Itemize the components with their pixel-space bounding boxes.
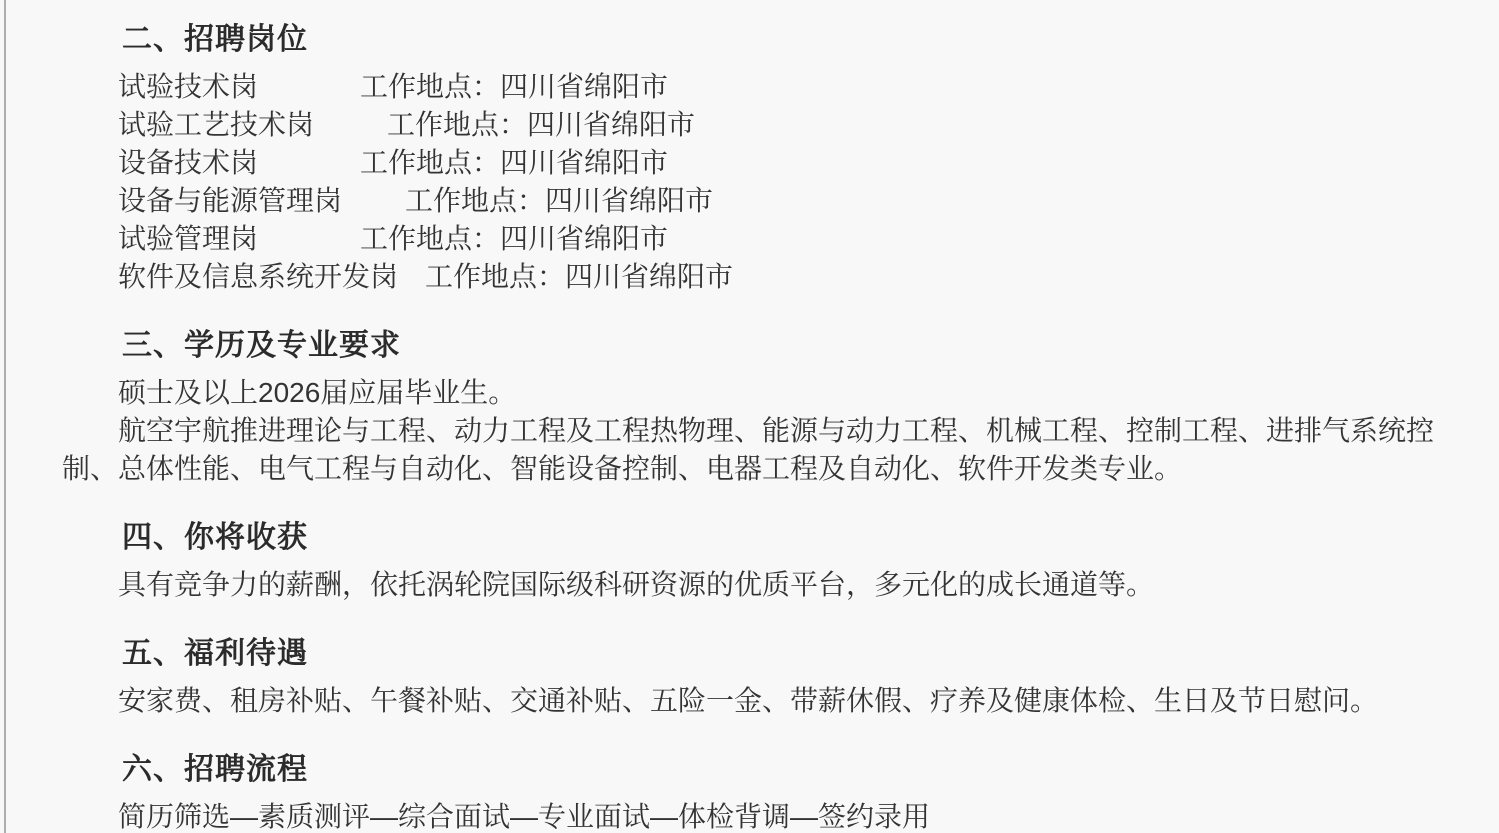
section-positions: 二、招聘岗位 试验技术岗 工作地点：四川省绵阳市 试验工艺技术岗 工作地点：四川… <box>62 18 1449 296</box>
job-location: 工作地点：四川省绵阳市 <box>360 220 668 258</box>
job-title: 试验技术岗 <box>118 68 258 106</box>
job-row: 试验技术岗 工作地点：四川省绵阳市 <box>62 68 1449 106</box>
section-gains-heading: 四、你将收获 <box>62 516 1449 560</box>
job-location: 工作地点：四川省绵阳市 <box>425 258 733 296</box>
job-title: 软件及信息系统开发岗 <box>118 258 398 296</box>
job-title: 设备与能源管理岗 <box>118 182 342 220</box>
section-requirements-heading: 三、学历及专业要求 <box>62 324 1449 368</box>
job-row: 试验工艺技术岗 工作地点：四川省绵阳市 <box>62 106 1449 144</box>
section-gains: 四、你将收获 具有竞争力的薪酬，依托涡轮院国际级科研资源的优质平台，多元化的成长… <box>62 516 1449 604</box>
job-row: 设备技术岗 工作地点：四川省绵阳市 <box>62 144 1449 182</box>
benefits-paragraph: 安家费、租房补贴、午餐补贴、交通补贴、五险一金、带薪休假、疗养及健康体检、生日及… <box>62 682 1449 720</box>
job-title: 试验工艺技术岗 <box>118 106 314 144</box>
section-benefits-heading: 五、福利待遇 <box>62 632 1449 676</box>
job-title: 设备技术岗 <box>118 144 258 182</box>
job-row: 试验管理岗 工作地点：四川省绵阳市 <box>62 220 1449 258</box>
gains-paragraph: 具有竞争力的薪酬，依托涡轮院国际级科研资源的优质平台，多元化的成长通道等。 <box>62 566 1449 604</box>
job-row: 软件及信息系统开发岗 工作地点：四川省绵阳市 <box>62 258 1449 296</box>
job-row: 设备与能源管理岗 工作地点：四川省绵阳市 <box>62 182 1449 220</box>
job-list: 试验技术岗 工作地点：四川省绵阳市 试验工艺技术岗 工作地点：四川省绵阳市 设备… <box>62 68 1449 296</box>
process-paragraph: 简历筛选—素质测评—综合面试—专业面试—体检背调—签约录用 <box>62 798 1449 833</box>
job-location: 工作地点：四川省绵阳市 <box>360 144 668 182</box>
job-location: 工作地点：四川省绵阳市 <box>360 68 668 106</box>
job-title: 试验管理岗 <box>118 220 258 258</box>
recruitment-notice-document: 二、招聘岗位 试验技术岗 工作地点：四川省绵阳市 试验工艺技术岗 工作地点：四川… <box>0 0 1499 833</box>
section-process-heading: 六、招聘流程 <box>62 748 1449 792</box>
section-process: 六、招聘流程 简历筛选—素质测评—综合面试—专业面试—体检背调—签约录用 <box>62 748 1449 833</box>
job-location: 工作地点：四川省绵阳市 <box>387 106 695 144</box>
section-benefits: 五、福利待遇 安家费、租房补贴、午餐补贴、交通补贴、五险一金、带薪休假、疗养及健… <box>62 632 1449 720</box>
requirements-majors-paragraph: 航空宇航推进理论与工程、动力工程及工程热物理、能源与动力工程、机械工程、控制工程… <box>62 412 1449 488</box>
job-location: 工作地点：四川省绵阳市 <box>405 182 713 220</box>
section-requirements: 三、学历及专业要求 硕士及以上2026届应届毕业生。 航空宇航推进理论与工程、动… <box>62 324 1449 488</box>
requirements-education-paragraph: 硕士及以上2026届应届毕业生。 <box>62 374 1449 412</box>
section-positions-heading: 二、招聘岗位 <box>62 18 1449 62</box>
